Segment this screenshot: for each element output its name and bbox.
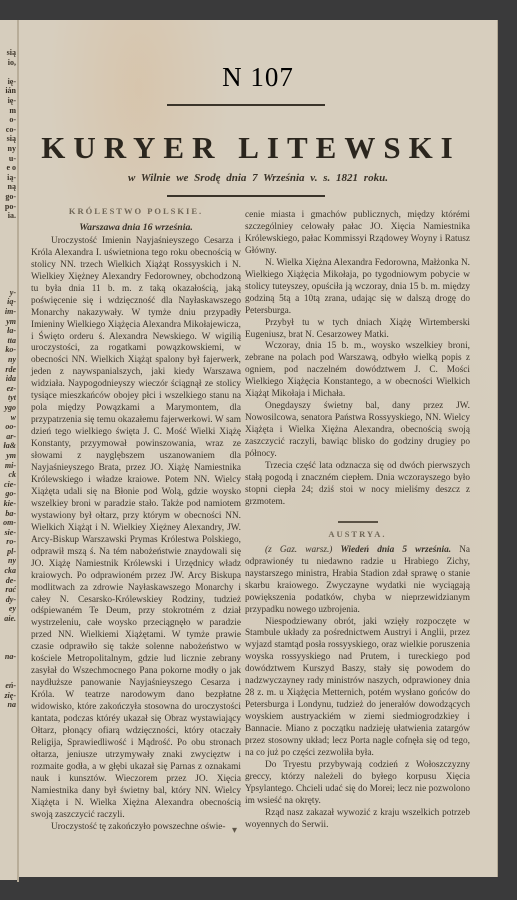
previous-page-text-fragment: ygo (0, 403, 17, 413)
previous-page-text-fragment (0, 662, 17, 672)
masthead-rule-top (167, 104, 325, 106)
previous-page-text-fragment: ar- (0, 432, 17, 442)
previous-page-text-fragment: io, (0, 58, 17, 68)
previous-page-text-fragment: co- (0, 125, 17, 135)
source-note: (z Gaz. warsz.) (265, 545, 332, 555)
article-paragraph: N. Wielka Xiężna Alexandra Fedorowna, Ma… (245, 258, 470, 318)
previous-page-text-fragment: w (0, 413, 17, 423)
previous-page-text-fragment: ko- (0, 345, 17, 355)
article-paragraph: Trzecia część lata odznacza się od dwóch… (245, 461, 470, 509)
previous-page-text-fragment: sią (0, 48, 17, 58)
previous-page-text-fragment: go- (0, 489, 17, 499)
previous-page-text-fragment: ro- (0, 537, 17, 547)
previous-page-text-fragment: tyt (0, 393, 17, 403)
previous-page-text-fragment: de- (0, 576, 17, 586)
previous-page-text-fragment (0, 633, 17, 643)
previous-page-text-fragment: po- (0, 202, 17, 212)
previous-page-text-fragment: ba- (0, 509, 17, 519)
right-column: cenie miasta i gmachów publicznych, międ… (245, 210, 470, 832)
previous-page-text-fragment: oo- (0, 422, 17, 432)
previous-page-text-fragment: pl- (0, 547, 17, 557)
left-column: KRÓLESTWO POLSKIE. Warszawa dnia 16 wrze… (31, 206, 241, 834)
newspaper-page: N 107 KURYER LITEWSKI w Wilnie we Srodę … (19, 20, 497, 877)
article-paragraph: Do Tryestu przybywają codzień z Wołoszcz… (245, 760, 470, 808)
previous-page-text-fragment (0, 230, 17, 240)
article-paragraph: Onegdayszy świetny bal, dany przez JW. N… (245, 401, 470, 461)
article-paragraph: Uroczystość Imienin Nayjaśnieyszego Cesa… (31, 236, 241, 822)
previous-page-edge: siąio, ię-iánię-mo-co-siąnyu-e oią-nągo-… (0, 20, 18, 880)
previous-page-text-fragment: ła& (0, 441, 17, 451)
previous-page-text-fragment: eń- (0, 681, 17, 691)
previous-page-text-fragment: zię- (0, 691, 17, 701)
previous-page-text-fragment: mi- (0, 461, 17, 471)
previous-page-text-fragment: tta (0, 336, 17, 346)
section-heading-poland: KRÓLESTWO POLSKIE. (31, 206, 241, 218)
previous-page-text-fragment: na (0, 700, 17, 710)
previous-page-text-fragment: e o (0, 163, 17, 173)
newspaper-title: KURYER LITEWSKI (41, 130, 461, 166)
article-text: Na odprawionéy tu niedawno radzie u Hrab… (245, 545, 470, 615)
austria-lead-paragraph: (z Gaz. warsz.) Wiedeń dnia 5 września. … (245, 545, 470, 617)
previous-page-text-fragment: ię- (0, 77, 17, 87)
previous-page-text-fragment: ię- (0, 96, 17, 106)
previous-page-text-fragment: o- (0, 115, 17, 125)
place-date-vienna: Wiedeń dnia 5 września. (341, 545, 452, 555)
previous-page-text-fragment (0, 67, 17, 77)
previous-page-text-fragment: rde (0, 365, 17, 375)
previous-page-text-fragment: ią- (0, 297, 17, 307)
previous-page-text-fragment: ną (0, 182, 17, 192)
previous-page-text-fragment: kie- (0, 499, 17, 509)
previous-page-text-fragment: u- (0, 154, 17, 164)
previous-page-text-fragment: ny (0, 355, 17, 365)
previous-page-text-fragment: im- (0, 307, 17, 317)
previous-page-text-fragment (0, 643, 17, 653)
previous-page-text-fragment (0, 269, 17, 279)
article-paragraph: cenie miasta i gmachów publicznych, międ… (245, 210, 470, 258)
previous-page-text-fragment: aie. (0, 614, 17, 624)
masthead-dateline: w Wilnie we Srodę dnia 7 Września v. s. … (19, 172, 497, 184)
previous-page-text-fragment: ez- (0, 384, 17, 394)
previous-page-text-fragment: ym (0, 317, 17, 327)
previous-page-text-fragment: ida (0, 374, 17, 384)
previous-page-text-fragment: ián (0, 86, 17, 96)
article-paragraph: Rząd nasz zakazał wywozić z kraju wszelk… (245, 808, 470, 832)
previous-page-text-fragment: y- (0, 288, 17, 298)
previous-page-text-fragment: na- (0, 652, 17, 662)
previous-page-text-fragment: ym (0, 451, 17, 461)
previous-page-text-fragment (0, 672, 17, 682)
previous-page-text-fragment: ck (0, 470, 17, 480)
previous-page-text-fragment: ny (0, 144, 17, 154)
previous-page-text-fragment: ła- (0, 326, 17, 336)
previous-page-text-fragment: ey (0, 604, 17, 614)
previous-page-text-fragment: ia. (0, 211, 17, 221)
previous-page-text-fragment (0, 259, 17, 269)
issue-number: N 107 (19, 62, 497, 93)
article-paragraph: Przybył tu w tych dniach Xiążę Wirtember… (245, 318, 470, 342)
previous-page-text-fragment: go- (0, 192, 17, 202)
article-paragraph: Uroczystość tę zakończyło powszechne ośw… (31, 822, 241, 834)
section-divider (338, 521, 378, 523)
previous-page-text-fragment: cie- (0, 480, 17, 490)
article-paragraph: Wczoray, dnia 15 b. m., woysko wszelkiey… (245, 341, 470, 401)
previous-page-text-fragment (0, 221, 17, 231)
previous-page-text-fragment: sią (0, 134, 17, 144)
previous-page-text-fragment: om- (0, 518, 17, 528)
previous-page-text-fragment (0, 278, 17, 288)
previous-page-text-fragment: sie- (0, 528, 17, 538)
previous-page-text-fragment: cka (0, 566, 17, 576)
page-mark: ▾ (232, 825, 237, 836)
previous-page-text-fragment: rać (0, 585, 17, 595)
previous-page-text-fragment: ny (0, 556, 17, 566)
previous-page-text-fragment: ią- (0, 173, 17, 183)
masthead-rule-bottom (167, 195, 325, 197)
previous-page-text-fragment: dy- (0, 595, 17, 605)
article-paragraph: Niespodziewany obrót, jaki wzięły rozpoc… (245, 617, 470, 760)
previous-page-text-fragment (0, 240, 17, 250)
place-date-warsaw: Warszawa dnia 16 września. (31, 222, 241, 234)
previous-page-text-fragment: m (0, 106, 17, 116)
section-heading-austria: AUSTRYA. (245, 529, 470, 541)
previous-page-text-fragment (0, 249, 17, 259)
previous-page-text-fragment (0, 624, 17, 634)
